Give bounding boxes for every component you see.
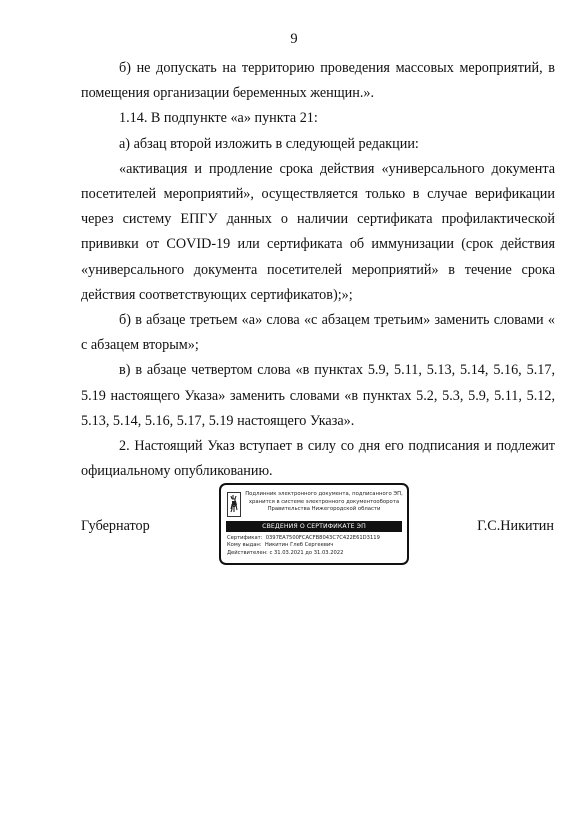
certificate-row: Сертификат: 0397EA7500FCACFB8043C7C422E6…: [227, 535, 380, 542]
stamp-header-text: Подлинник электронного документа, подпис…: [244, 491, 404, 514]
paragraph: 1.14. В подпункте «а» пункта 21:: [81, 106, 555, 131]
certificate-details: Сертификат: 0397EA7500FCACFB8043C7C422E6…: [227, 535, 380, 557]
paragraph: «активация и продление срока действия «у…: [81, 157, 555, 308]
validity-row: Действителен: с 31.03.2021 до 31.03.2022: [227, 550, 380, 557]
paragraph: б) не допускать на территорию проведения…: [81, 56, 555, 106]
paragraph: а) абзац второй изложить в следующей ред…: [81, 132, 555, 157]
owner-row: Кому выдан: Никитин Глеб Сергеевич: [227, 542, 380, 549]
deer-emblem-icon: [227, 492, 241, 517]
paragraph: б) в абзаце третьем «а» слова «с абзацем…: [81, 308, 555, 358]
document-body: б) не допускать на территорию проведения…: [81, 56, 555, 484]
stamp-header: Подлинник электронного документа, подпис…: [227, 490, 403, 520]
signer-name: Г.С.Никитин: [477, 518, 554, 535]
paragraph: в) в абзаце четвертом слова «в пунктах 5…: [81, 358, 555, 434]
electronic-signature-stamp: Подлинник электронного документа, подпис…: [219, 483, 409, 565]
paragraph: 2. Настоящий Указ вступает в силу со дня…: [81, 434, 555, 484]
page-number: 9: [0, 31, 588, 48]
signer-position: Губернатор: [81, 518, 150, 535]
certificate-info-bar: СВЕДЕНИЯ О СЕРТИФИКАТЕ ЭП: [226, 521, 402, 532]
